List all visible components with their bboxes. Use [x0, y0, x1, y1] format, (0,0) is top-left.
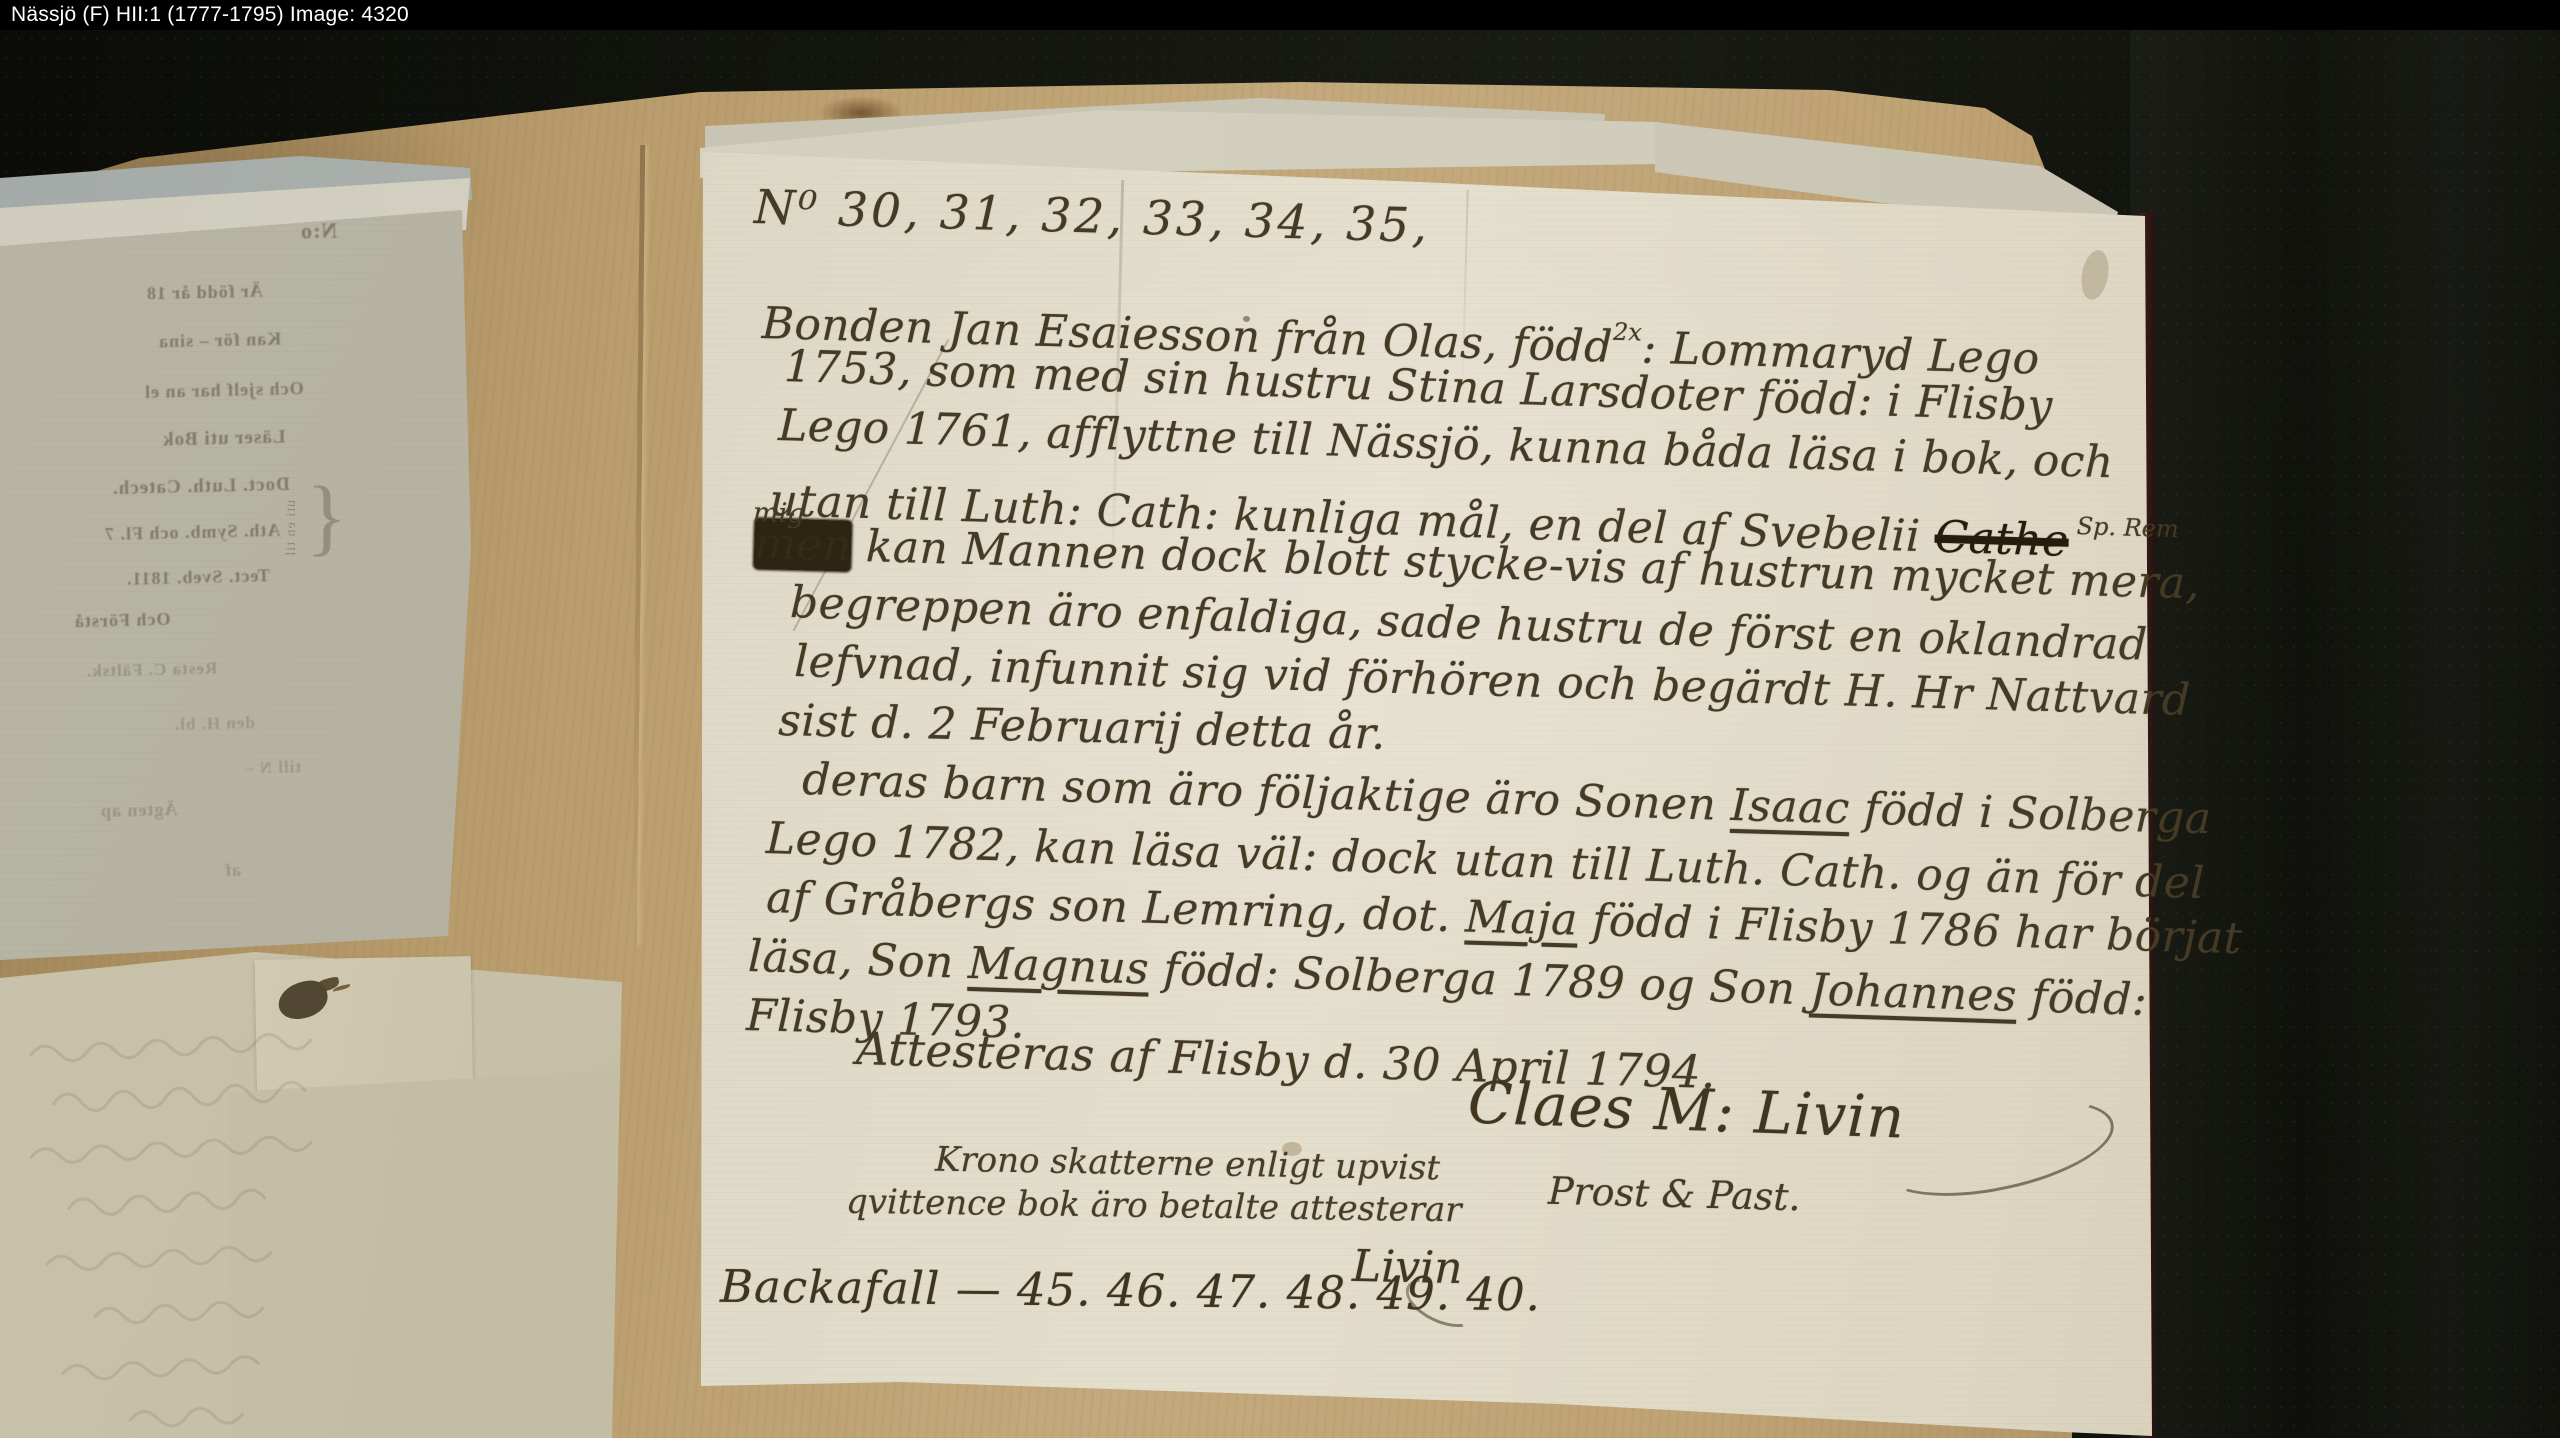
print-side-note: uti en til	[284, 500, 300, 557]
ghost-print-line: Och Förstå	[74, 609, 171, 632]
text-segment: läsa, Son	[747, 931, 969, 989]
ghost-print-line: Resta C. Fältsk.	[86, 658, 218, 681]
text-segment: 2x	[1613, 318, 1643, 347]
status-bar: Nässjö (F) HII:1 (1777-1795) Image: 4320	[0, 0, 2560, 30]
print-lines: N:oÄr född år 18Kan för – sinaOch sjelf …	[0, 30, 520, 960]
print-brace: {	[306, 466, 347, 566]
underlined-name: Johannes	[1809, 964, 2018, 1021]
ghost-print-line: Och sjelf har an el	[144, 378, 304, 403]
document-photo[interactable]: N:oÄr född år 18Kan för – sinaOch sjelf …	[0, 30, 2560, 1438]
ghost-print-line: till N –	[244, 757, 302, 778]
underlined-name: Isaac	[1730, 780, 1850, 834]
ghost-print-line: den H. bl.	[174, 713, 255, 735]
ghost-print-line: Är född år 18	[146, 281, 263, 305]
ghost-print-line: Ägten ap	[100, 799, 178, 822]
handwriting-lines: Bonden Jan Esaiesson från Olas, född2x: …	[755, 280, 2155, 1047]
footer-signature: Livin	[1351, 1241, 1463, 1294]
tax-note-line: qvittence bok äro betalte attesterar	[846, 1182, 1462, 1231]
text-segment: Sp. Rem	[2069, 512, 2180, 543]
pastor-title: Prost & Past.	[1547, 1169, 1801, 1220]
viewer-window: Nässjö (F) HII:1 (1777-1795) Image: 4320…	[0, 0, 2560, 1438]
volume-reference-label: Nässjö (F) HII:1 (1777-1795) Image: 4320	[11, 1, 409, 29]
ghost-print-line: af	[224, 860, 242, 881]
ghost-print-line: Ath. Symb. och Fl. 7	[104, 520, 281, 545]
underlined-name: Magnus	[967, 938, 1150, 995]
ghost-writing	[0, 1010, 640, 1438]
text-segment: sist d. 2 Februarij detta år.	[778, 695, 1387, 760]
handwritten-text: N⁰ 30, 31, 32, 33, 34, 35, Bonden Jan Es…	[755, 180, 2155, 1047]
ghost-print-line: Läser uti Bok	[162, 426, 286, 451]
marginal-insertion: mig	[753, 497, 805, 529]
leather-background	[2130, 30, 2560, 1438]
ghost-print-line: Tect. Sveb. 1811.	[126, 565, 270, 590]
ghost-print-line: Kan för – sina	[158, 328, 282, 352]
text-segment: född i Solberga	[1849, 783, 2212, 844]
text-segment: född:	[2016, 971, 2148, 1026]
underlined-name: Maja	[1464, 892, 1578, 946]
ghost-print-line: Doct. Luth. Catech.	[112, 474, 290, 500]
ghost-print-line: N:o	[300, 218, 338, 245]
